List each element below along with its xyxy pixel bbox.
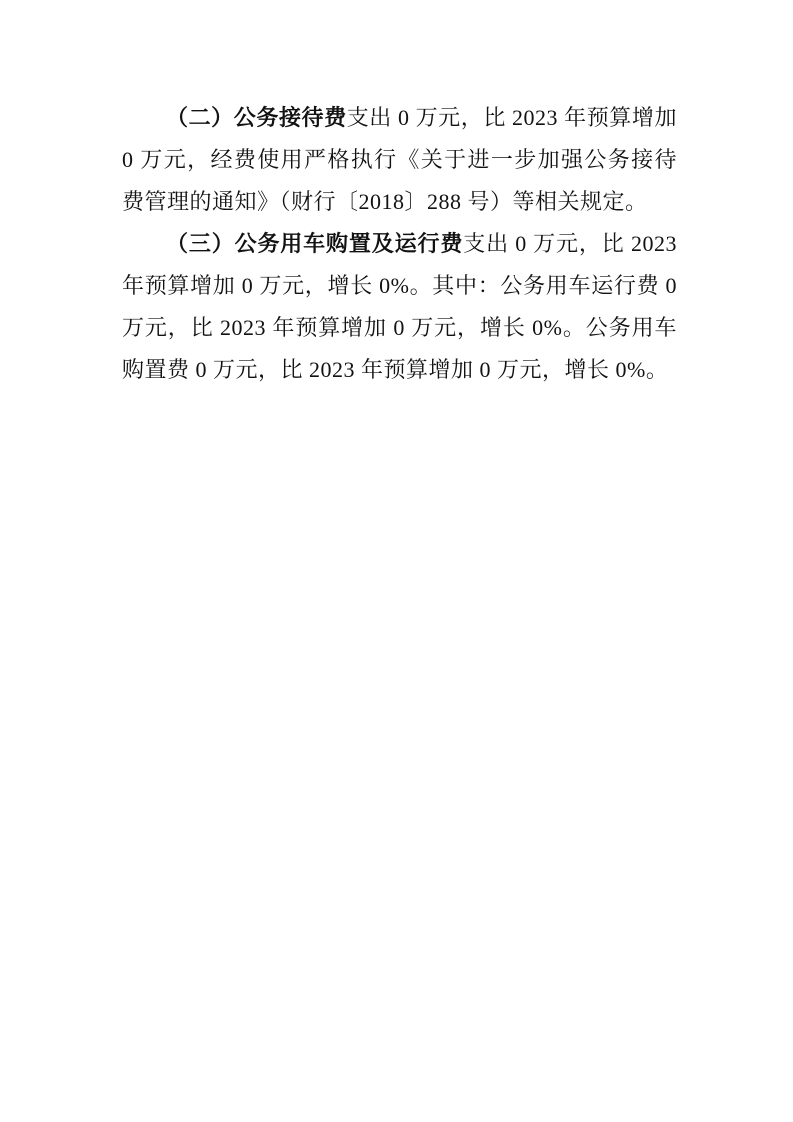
paragraph-public-reception-expense: （二）公务接待费支出 0 万元，比 2023 年预算增加 0 万元，经费使用严格…: [122, 97, 677, 223]
paragraph-lead: （三）公务用车购置及运行费: [166, 231, 463, 256]
paragraph-official-vehicle-expense: （三）公务用车购置及运行费支出 0 万元，比 2023 年预算增加 0 万元，增…: [122, 223, 677, 391]
document-page: （二）公务接待费支出 0 万元，比 2023 年预算增加 0 万元，经费使用严格…: [0, 0, 793, 1122]
document-body: （二）公务接待费支出 0 万元，比 2023 年预算增加 0 万元，经费使用严格…: [122, 97, 677, 391]
paragraph-lead: （二）公务接待费: [166, 105, 347, 130]
